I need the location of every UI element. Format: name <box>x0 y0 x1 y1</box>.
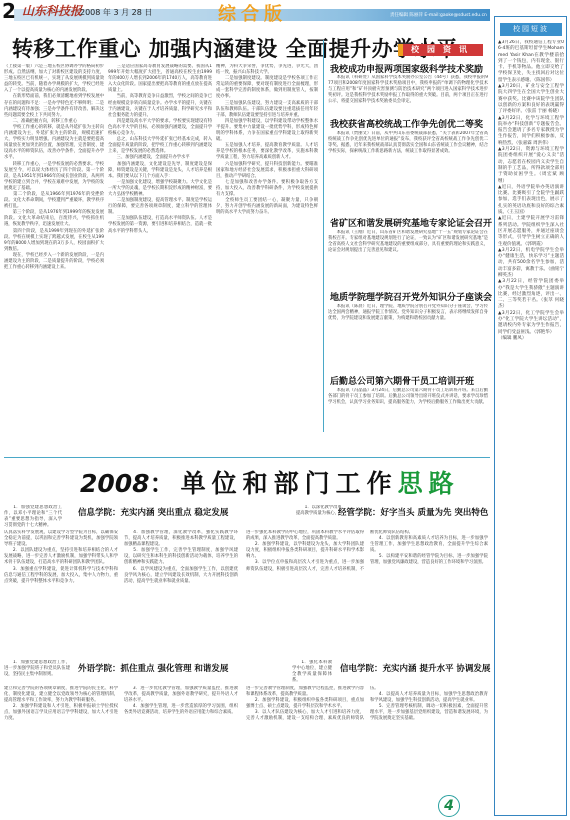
sidebar-text: ▲3月26日，我校通信工程专业06-4班的巴基斯坦留学生Mohammed Yas… <box>498 40 564 810</box>
feature4-title: 信电学院：充实内涵 提升水平 协调发展 <box>340 662 490 674</box>
feature1-intro: 1．加强党建思想政治工作，以邓小平理论和“三个代表”重要思想为指导，深入学习贯彻… <box>4 505 62 529</box>
feature1-body: 认真落实科学发展观，以建设学习型学院为目标，以确保安全稳定为前提，以巩固和完善学… <box>4 530 238 634</box>
news-title-4: 地质学院理学院召开党外知识分子座谈会 <box>330 290 492 303</box>
feature-banner: 2008：单位和部门工作思路 <box>80 464 460 500</box>
lead-article-col1: （上接第一版）六是三地五校区协调办学的格局初步形成。自然法纲，加大了对新校区建设… <box>4 64 104 429</box>
banner-year: 2008 <box>80 469 150 498</box>
lead-headline: 转移工作重心 加强内涵建设 全面提升办学水平 <box>12 33 312 63</box>
section-title: 综合版 <box>218 0 287 26</box>
banner-main: 单位和部门工作 <box>181 469 398 498</box>
news-title-5: 后勤总公司第六期骨干员工培训开班 <box>330 374 474 387</box>
campus-news-tag: 校园资讯 <box>403 44 483 56</box>
campus-shortwave-sidebar: 校园短波 ▲3月26日，我校通信工程专业06-4班的巴基斯坦留学生Mohamme… <box>494 16 567 816</box>
paper-name-logo: 山东科技报 <box>22 2 82 19</box>
page-number: 2 <box>2 0 16 22</box>
news-title-2: 我校获省高校统战工作争先创优二等奖 <box>330 117 483 130</box>
banner-colon: ： <box>150 469 181 498</box>
news-body-1: 本报讯（科研处）从国家科学技术奖励办公室公告（44号）获悉，我校申报的977项目… <box>328 75 488 111</box>
feature2-body: 进一步强化本科教学的中心地位，巩固本科教学水平评估取得的成果，深入推进教学改革，… <box>246 530 488 634</box>
feature1-title: 信息学院：充实内涵 突出重点 稳定发展 <box>78 506 228 518</box>
feature4-intro: 1．强化本科教学中心地位，建立健全教学质量保障体系。 <box>292 660 332 684</box>
column-divider <box>323 40 324 432</box>
editors-credit: 责任编辑 陈丽萍 E-mail:gaoke@sdust.edu.cn <box>390 12 487 18</box>
feature3-title: 外语学院：抓住重点 强化管理 和谐发展 <box>78 662 228 674</box>
news-title-3: 省矿区和谐发展研究基地专家论证会召开 <box>330 216 492 229</box>
feature3-intro: 1．加强党建思想政治工作，进一步加强学院班子和党员队伍建设，坚持民主集中制原则。 <box>4 660 70 684</box>
newspaper-page: 2 山东科技报 2008 年 3 月 28 日 综合版 责任编辑 陈丽萍 E-m… <box>0 0 570 820</box>
news-body-4: 本报讯（陈晨）近日，理学院、地质学院分别召开党外知识分子座谈会，学习传达全国两会… <box>328 304 488 356</box>
issue-date: 2008 年 3 月 28 日 <box>80 7 152 18</box>
lead-article-col3: 精神，为科大争荣誉，争优势，争先进，争光大，团结一致，振兴山东科技大学。 二是加… <box>216 64 318 429</box>
news-body-2: 本报讯（贾丽文）日前，从中共山东省委统战部获悉，“关于表彰2007年全省高校统战… <box>328 131 488 171</box>
sidebar-title: 校园短波 <box>500 23 562 36</box>
masthead: 2 山东科技报 2008 年 3 月 28 日 综合版 责任编辑 陈丽萍 E-m… <box>0 0 490 22</box>
banner-highlight: 思路 <box>398 469 460 498</box>
lead-article-col2: 三是适应国家高等教育发展战略的需要。我国从1999年开始大幅度扩大招生，普通高校… <box>108 64 212 429</box>
news-title-1: 我校成功申报两项国家级科学技术奖励 <box>330 62 483 75</box>
feature3-body: 建立和完善学院的各项规章制度，推进学院的民主化、科学化、制度化建设，建立健全以党… <box>4 686 238 816</box>
news-body-5: 本报讯（冯晶晶）3月24日，后勤总公司第六期骨干员工培训班开班。来自后勤各部门的… <box>328 388 488 430</box>
page-stamp-badge: 4 <box>438 795 460 817</box>
news-body-3: 本报讯（王刚）近日，山东省矿区和谐发展研究基地“十一五”规划专家论证会在我校召开… <box>328 230 488 278</box>
section-divider <box>4 457 490 458</box>
feature2-title: 经管学院：好字当头 质量为先 突出特色 <box>338 506 488 518</box>
